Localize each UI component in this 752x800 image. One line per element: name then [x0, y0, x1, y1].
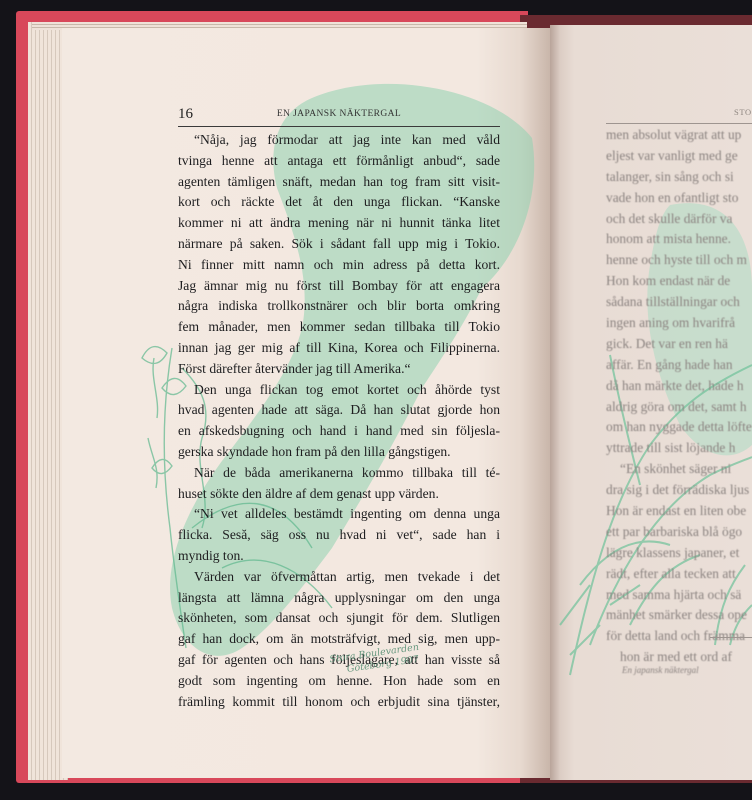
text-line: med samma hjärta och sä [606, 585, 752, 606]
text-line: tvinga henne att antaga ett förmånligt a… [178, 151, 500, 172]
text-line: gick. Det var en ren hä [606, 334, 752, 355]
text-line: Den unga flickan tog emot kortet och åhö… [178, 380, 500, 401]
page-header: STOR [606, 103, 752, 124]
text-line: “Nåja, jag förmodar att jag inte kan med… [178, 130, 500, 151]
text-line: skönheten, som dansat och sjungit för de… [178, 608, 500, 629]
text-line: sådana tillställningar och [606, 292, 752, 313]
text-line: Hon är endast en liten obe [606, 501, 752, 522]
text-line: dra sig i det förrädiska ljus [606, 480, 752, 501]
text-line: talanger, sin sång och si [606, 167, 752, 188]
text-line: främling kommit till honom och erbjudit … [178, 692, 500, 713]
text-line: aldrig göra om det, samt h [606, 397, 752, 418]
text-line: hvad agenten hade att säga. Då han sluta… [178, 400, 500, 421]
text-line: gaf han dock, om än motsträfvigt, med si… [178, 629, 500, 650]
text-line: Jag ämnar mig nu först till Bombay för a… [178, 276, 500, 297]
text-line: Hon kom endast när de [606, 271, 752, 292]
text-line: fem månader, men kommer sedan tillbaka t… [178, 317, 500, 338]
right-page: STOR men absolut vägrat att up eljest va… [550, 25, 752, 780]
text-line: lägre klassens japaner, et [606, 543, 752, 564]
text-line: “Ni vet alldeles bestämdt ingenting om d… [178, 504, 500, 525]
text-line: myndig ton. [178, 546, 500, 567]
text-line: kommer ni att ändra mening när ni hunnit… [178, 213, 500, 234]
text-line: längsta att lämna några upplysningar om … [178, 588, 500, 609]
body-text: “Nåja, jag förmodar att jag inte kan med… [178, 130, 500, 712]
body-text: men absolut vägrat att up eljest var van… [606, 125, 752, 668]
text-line: en afskedsbugning och hand i hand med si… [178, 421, 500, 442]
text-line: honom att mista henne. [606, 229, 752, 250]
text-line: om han nyggade detta löfte [606, 417, 752, 438]
text-line: gerska skyndade hon fram på den lilla gå… [178, 442, 500, 463]
text-line: yttrade till sist löjande h [606, 438, 752, 459]
text-line: några indiska trollkonstnärer och blir b… [178, 296, 500, 317]
text-line: flicka. Sesă, säg oss nu hvad ni vet“, s… [178, 525, 500, 546]
text-line: huset sökte den äldre af dem genast upp … [178, 484, 500, 505]
text-line: men absolut vägrat att up [606, 125, 752, 146]
text-line: Värden var öfvermåttan artig, men tvekad… [178, 567, 500, 588]
text-line: rädt, efter alla tecken att [606, 564, 752, 585]
text-line: närmare på saken. Sök i sådant fall upp … [178, 234, 500, 255]
text-line: eljest var vanligt med ge [606, 146, 752, 167]
text-line: “En skönhet säger ni [606, 459, 752, 480]
text-line: När de båda amerikanerna kommo tillbaka … [178, 463, 500, 484]
text-line: kort och räckte det åt den unga flickan.… [178, 192, 500, 213]
text-line: henne och hyste till och m [606, 250, 752, 271]
text-line: innan jag ger mig af till Kina, Korea oc… [178, 338, 500, 359]
text-line: ingen aning om hvarifrå [606, 313, 752, 334]
text-line: agenten tämligen snäft, medan han tog fr… [178, 172, 500, 193]
illustration-caption: En japansk näktergal [622, 665, 699, 675]
running-title: EN JAPANSK NÄKTERGAL [178, 109, 500, 119]
text-line: vade hon en ofantligt sto [606, 188, 752, 209]
text-line: ett par barbariska blå ögo [606, 522, 752, 543]
text-line: affär. En gång hade han [606, 355, 752, 376]
text-line: då han märkte det, hade h [606, 376, 752, 397]
text-line: och det skulle därför va [606, 209, 752, 230]
left-page: 16 EN JAPANSK NÄKTERGAL “Nåja, jag förmo… [62, 28, 550, 778]
text-line: mänhet smärker dessa ope [606, 605, 752, 626]
page-header: 16 EN JAPANSK NÄKTERGAL [178, 106, 500, 127]
section-rule [710, 637, 752, 638]
text-line: Först därefter återvänder jag till Ameri… [178, 359, 500, 380]
text-line: Ni finner mitt namn och min adress på de… [178, 255, 500, 276]
running-title: STOR [734, 107, 752, 117]
